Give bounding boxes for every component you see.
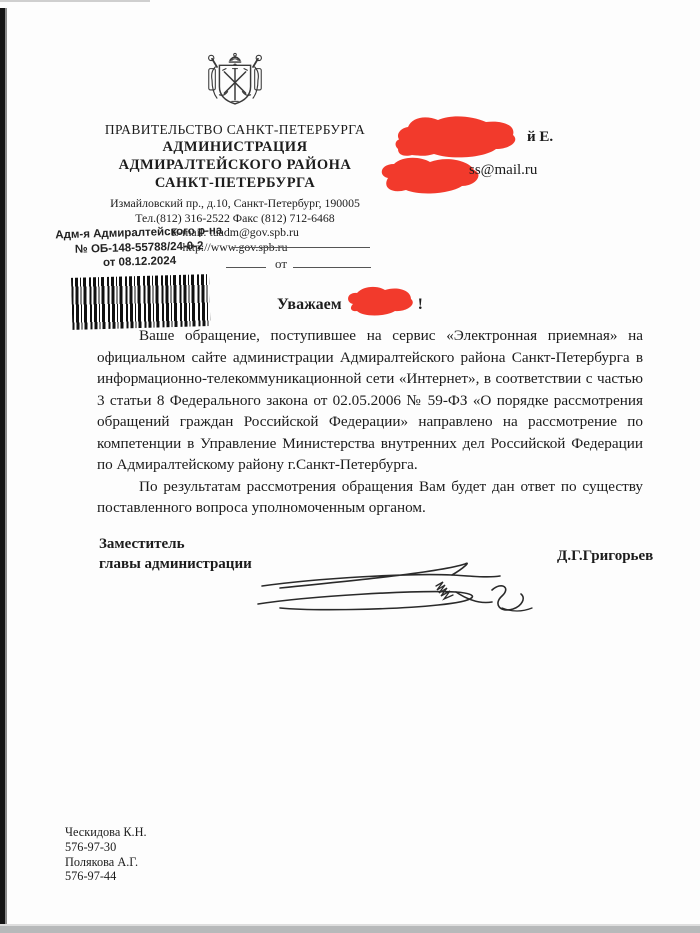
salutation-prefix: Уважаем xyxy=(277,296,342,313)
scan-edge-left-shadow xyxy=(5,8,7,933)
executor-2-name: Полякова А.Г. xyxy=(65,855,147,870)
executor-1-name: Ческидова К.Н. xyxy=(65,825,147,840)
letter-body: Ваше обращение, поступившее на сервис «Э… xyxy=(97,325,643,519)
spb-coat-of-arms-icon xyxy=(194,52,276,118)
reference-ot-label: от xyxy=(266,256,293,271)
executor-contacts: Ческидова К.Н. 576-97-30 Полякова А.Г. 5… xyxy=(65,825,147,884)
org-name-line2: АДМИРАЛТЕЙСКОГО РАЙОНА xyxy=(55,156,415,174)
government-line: ПРАВИТЕЛЬСТВО САНКТ-ПЕТЕРБУРГА xyxy=(55,122,415,138)
signer-title: Заместитель главы администрации xyxy=(99,534,252,574)
executor-1-phone: 576-97-30 xyxy=(65,840,147,855)
addressee-email-visible: ss@mail.ru xyxy=(469,162,537,179)
addressee-name-visible: й Е. xyxy=(527,129,553,146)
salutation-suffix: ! xyxy=(418,296,423,313)
scan-edge-bottom xyxy=(0,926,700,933)
org-name-line3: САНКТ-ПЕТЕРБУРГА xyxy=(55,174,415,192)
scan-edge-top xyxy=(0,0,150,2)
redaction-scribble-salutation xyxy=(343,284,417,318)
scanned-letter-page: ПРАВИТЕЛЬСТВО САНКТ-ПЕТЕРБУРГА АДМИНИСТР… xyxy=(0,0,700,933)
signer-title-line1: Заместитель xyxy=(99,534,252,554)
reference-blank-line-date xyxy=(293,256,371,268)
redaction-scribble-email xyxy=(376,152,484,198)
org-name-line1: АДМИНИСТРАЦИЯ xyxy=(55,138,415,156)
executor-2-phone: 576-97-44 xyxy=(65,869,147,884)
org-address: Измайловский пр., д.10, Санкт-Петербург,… xyxy=(55,196,415,211)
reference-blank-line-top xyxy=(232,236,370,248)
reference-blank-line-number xyxy=(226,256,266,268)
signer-title-line2: главы администрации xyxy=(99,554,252,574)
body-paragraph-2: По результатам рассмотрения обращения Ва… xyxy=(97,476,643,519)
signer-name: Д.Г.Григорьев xyxy=(557,548,653,565)
body-paragraph-1: Ваше обращение, поступившее на сервис «Э… xyxy=(97,325,643,476)
handwritten-signature xyxy=(240,556,540,620)
salutation-line: Уважаем ! xyxy=(0,284,700,318)
